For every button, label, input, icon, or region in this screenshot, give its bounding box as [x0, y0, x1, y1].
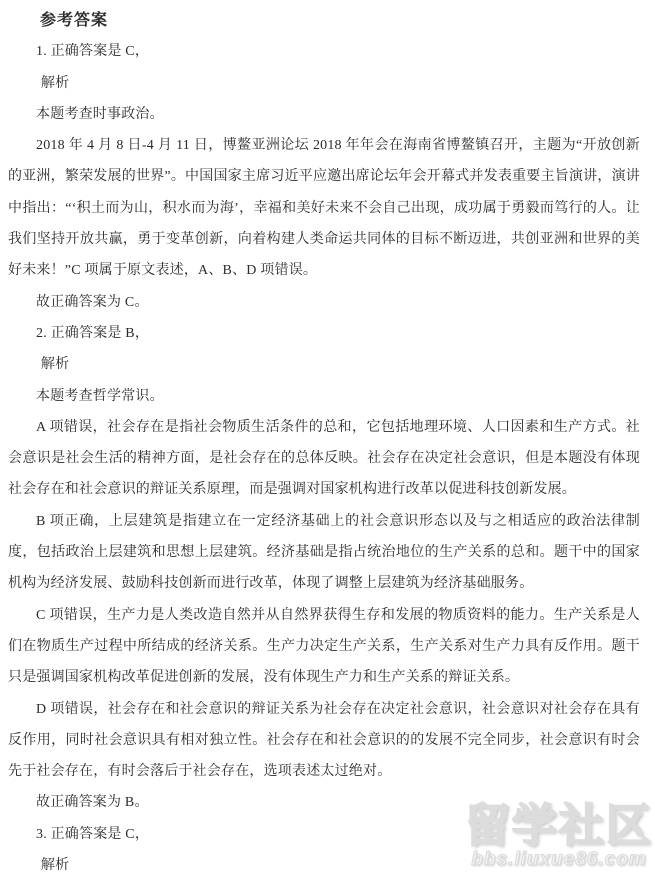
- q2-answer-line: 2. 正确答案是 B，: [8, 318, 640, 349]
- q2-option-a-explanation: A 项错误，社会存在是指社会物质生活条件的总和，它包括地理环境、人口因素和生产方…: [8, 412, 640, 506]
- page-title: 参考答案: [8, 5, 640, 36]
- answer-document: 参考答案 1. 正确答案是 C， 解析 本题考查时事政治。 2018 年 4 月…: [0, 0, 655, 875]
- q1-intro: 本题考查时事政治。: [8, 99, 640, 130]
- q1-answer-line: 1. 正确答案是 C，: [8, 36, 640, 67]
- q2-option-d-explanation: D 项错误，社会存在和社会意识的辩证关系为社会存在决定社会意识，社会意识对社会存…: [8, 694, 640, 788]
- q2-analysis-label: 解析: [8, 349, 640, 380]
- q3-answer-line: 3. 正确答案是 C，: [8, 819, 640, 850]
- q1-explanation: 2018 年 4 月 8 日-4 月 11 日，博鳌亚洲论坛 2018 年年会在…: [8, 130, 640, 286]
- q1-conclusion: 故正确答案为 C。: [8, 287, 640, 318]
- q2-option-b-explanation: B 项正确，上层建筑是指建立在一定经济基础上的社会意识形态以及与之相适应的政治法…: [8, 506, 640, 600]
- q2-conclusion: 故正确答案为 B。: [8, 787, 640, 818]
- q2-intro: 本题考查哲学常识。: [8, 381, 640, 412]
- q2-option-c-explanation: C 项错误，生产力是人类改造自然并从自然界获得生存和发展的物质资料的能力。生产关…: [8, 600, 640, 694]
- q3-analysis-label: 解析: [8, 850, 640, 875]
- q1-analysis-label: 解析: [8, 68, 640, 99]
